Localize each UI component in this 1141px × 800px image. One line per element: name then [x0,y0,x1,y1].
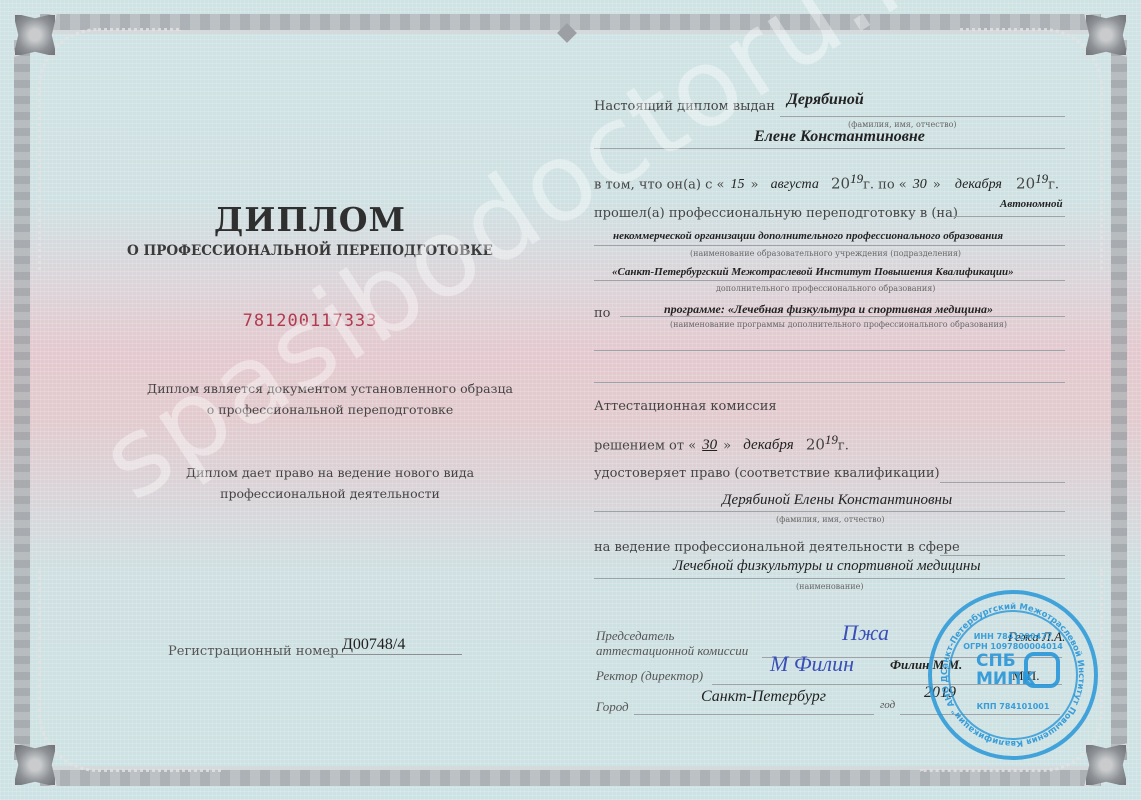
rule [594,382,1065,383]
end-year-prefix: 20 [1016,174,1035,192]
rule [940,555,1065,556]
rector-signature: М Филин [770,651,854,677]
year-suffix: г. [838,438,849,453]
rule [594,578,1065,579]
border-bottom [40,766,1101,786]
border-right [1111,40,1127,760]
quote: » [723,438,731,453]
diploma-title: ДИПЛОМ [0,200,620,239]
end-year: 19 [1035,171,1048,186]
briefcase-icon [1024,652,1060,688]
training-label: прошел(а) профессиональную переподготовк… [594,206,958,221]
chairman-label-line-2: аттестационной комиссии [596,643,748,659]
decision-day: 30 [696,437,723,453]
rector-label: Ректор (директор) [596,668,703,684]
fio-hint-2: (фамилия, имя, отчество) [776,515,885,524]
org-hint: (наименование образовательного учреждени… [690,249,961,258]
statement-validity-line-1: Диплом является документом установленног… [40,381,620,396]
statement-rights-line-1: Диплом дает право на ведение нового вида [40,465,620,480]
seal-ogrn: ОГРН 1097800004014 [932,642,1094,651]
statement-validity-line-2: о профессиональной переподготовке [40,402,620,417]
rule [952,216,1065,217]
start-year: 19 [850,171,863,186]
year-label: год [880,699,895,711]
start-day: 15 [724,177,750,192]
decision-prefix: решением от « [594,438,696,453]
rule [634,714,874,715]
rule [780,116,1065,117]
recipient-surname: Дерябиной [787,91,864,109]
decision-year-prefix: 20 [806,435,825,453]
rule [620,316,1065,317]
diploma-subtitle: О ПРОФЕССИОНАЛЬНОЙ ПЕРЕПОДГОТОВКЕ [0,243,620,259]
city-label: Город [596,699,629,715]
city: Санкт-Петербург [701,688,826,706]
border-left [14,40,30,760]
genitive-name: Дерябиной Елены Константиновны [722,492,952,509]
quote: » [750,177,758,192]
recipient-given-names: Елене Константиновне [754,128,925,146]
corner-ornament-icon [1084,13,1128,57]
serial-number: 781200117333 [0,311,620,331]
org-line-1: Автономной [1000,198,1063,210]
registration-number: Д00748/4 [328,636,462,655]
org-hint-2: дополнительного профессионального образо… [716,284,935,293]
year-suffix: г. [863,177,874,192]
registration-label: Регистрационный номер [168,644,338,659]
decision-year: 19 [825,432,838,447]
seal-inn: ИНН 7841290477 [932,632,1094,641]
field-hint: (наименование) [796,582,863,591]
rope-ornament [38,569,221,772]
end-month: декабря [945,177,1012,192]
program-prefix: по [594,306,611,321]
org-line-3: «Санкт-Петербургский Межотраслевой Инсти… [612,266,1014,278]
program-name: программе: «Лечебная физкультура и спорт… [664,302,993,317]
field-of-activity: Лечебной физкультуры и спортивной медици… [673,558,981,575]
rule [594,511,1065,512]
corner-ornament-icon [13,743,57,787]
issued-label: Настоящий диплом выдан [594,99,775,114]
rule [594,350,1065,351]
rule [940,482,1065,483]
rule [594,148,1065,149]
decision-line: решением от «30» декабря 2019г. [594,432,849,454]
rule [594,280,1065,281]
program-hint: (наименование программы дополнительного … [670,320,1007,329]
seal-kpp: КПП 784101001 [932,702,1094,711]
year-suffix: г. [1048,177,1059,192]
corner-ornament-icon [13,13,57,57]
official-seal: Санкт-Петербургский Межотраслевой Инстит… [928,590,1098,760]
field-label: на ведение профессиональной деятельности… [594,540,960,555]
start-year-prefix: 20 [831,174,850,192]
start-month: августа [763,177,827,192]
rule [594,245,1065,246]
chairman-signature: Пжа [842,620,889,646]
org-line-2: некоммерческой организации дополнительно… [613,230,1003,242]
commission-label: Аттестационная комиссия [594,399,777,414]
certifies-label: удостоверяет право (соответствие квалифи… [594,466,940,481]
decision-month: декабря [735,437,801,453]
period-line: в том, что он(а) с «15» августа 2019г. п… [594,171,1059,193]
watermark: spasibodoctoru.ru [80,0,994,525]
end-day: 30 [907,177,933,192]
period-mid: по « [878,177,907,192]
chairman-label-line-1: Председатель [596,628,674,644]
period-prefix: в том, что он(а) с « [594,177,724,192]
quote: » [933,177,941,192]
statement-rights-line-2: профессиональной деятельности [40,486,620,501]
diamond-ornament-icon [557,23,577,43]
